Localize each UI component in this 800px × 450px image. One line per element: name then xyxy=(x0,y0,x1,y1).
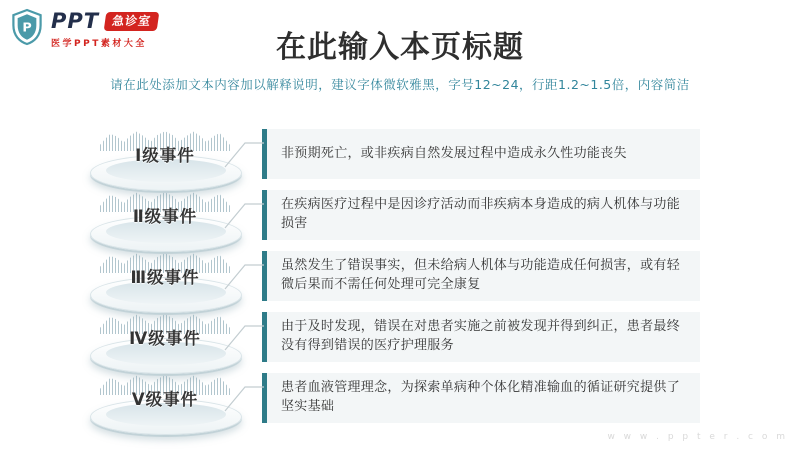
event-row-3: Ⅲ级事件 虽然发生了错误事实，但未给病人机体与功能造成任何损害，或有轻微后果而不… xyxy=(0,251,800,301)
disc-zone: Ⅱ级事件 xyxy=(0,190,262,240)
event-level-label: Ⅱ级事件 xyxy=(90,203,240,227)
event-description-card: 患者血液管理理念，为探索单病种个体化精准输血的循证研究提供了坚实基础 xyxy=(262,373,700,423)
disc-zone: Ⅳ级事件 xyxy=(0,312,262,362)
event-description: 虽然发生了错误事实，但未给病人机体与功能造成任何损害，或有轻微后果而不需任何处理… xyxy=(281,257,686,295)
brand-name: PPT xyxy=(51,11,99,32)
event-level-label: Ⅴ级事件 xyxy=(90,386,240,410)
event-description: 患者血液管理理念，为探索单病种个体化精准输血的循证研究提供了坚实基础 xyxy=(281,379,686,417)
brand-badge: 急诊室 xyxy=(104,12,160,31)
disc-zone: Ⅴ级事件 xyxy=(0,373,262,423)
disc-zone: Ⅲ级事件 xyxy=(0,251,262,301)
event-level-label: Ⅰ级事件 xyxy=(90,142,240,166)
event-list: Ⅰ级事件 非预期死亡，或非疾病自然发展过程中造成永久性功能丧失 Ⅱ级事件 在疾病… xyxy=(0,129,800,423)
event-row-4: Ⅳ级事件 由于及时发现，错误在对患者实施之前被发现并得到纠正，患者最终没有得到错… xyxy=(0,312,800,362)
event-level-label: Ⅲ级事件 xyxy=(90,264,240,288)
event-description-card: 由于及时发现，错误在对患者实施之前被发现并得到纠正，患者最终没有得到错误的医疗护… xyxy=(262,312,700,362)
disc-zone: Ⅰ级事件 xyxy=(0,129,262,179)
event-description: 非预期死亡，或非疾病自然发展过程中造成永久性功能丧失 xyxy=(281,145,627,164)
logo-text: PPT 急诊室 医学PPT素材大全 xyxy=(51,11,158,49)
event-description-card: 非预期死亡，或非疾病自然发展过程中造成永久性功能丧失 xyxy=(262,129,700,179)
event-description: 在疾病医疗过程中是因诊疗活动而非疾病本身造成的病人机体与功能损害 xyxy=(281,196,686,234)
page-subtitle: 请在此处添加文本内容加以解释说明，建议字体微软雅黑，字号12~24，行距1.2~… xyxy=(0,75,800,93)
event-row-5: Ⅴ级事件 患者血液管理理念，为探索单病种个体化精准输血的循证研究提供了坚实基础 xyxy=(0,373,800,423)
brand-logo: P PPT 急诊室 医学PPT素材大全 xyxy=(10,8,158,49)
event-description: 由于及时发现，错误在对患者实施之前被发现并得到纠正，患者最终没有得到错误的医疗护… xyxy=(281,318,686,356)
event-row-2: Ⅱ级事件 在疾病医疗过程中是因诊疗活动而非疾病本身造成的病人机体与功能损害 xyxy=(0,190,800,240)
event-description-card: 虽然发生了错误事实，但未给病人机体与功能造成任何损害，或有轻微后果而不需任何处理… xyxy=(262,251,700,301)
watermark: w w w . p p t e r . c o m xyxy=(607,432,788,442)
event-level-label: Ⅳ级事件 xyxy=(90,325,240,349)
event-row-1: Ⅰ级事件 非预期死亡，或非疾病自然发展过程中造成永久性功能丧失 xyxy=(0,129,800,179)
event-description-card: 在疾病医疗过程中是因诊疗活动而非疾病本身造成的病人机体与功能损害 xyxy=(262,190,700,240)
shield-icon: P xyxy=(10,8,44,46)
svg-text:P: P xyxy=(22,21,31,36)
brand-tagline: 医学PPT素材大全 xyxy=(51,36,158,49)
